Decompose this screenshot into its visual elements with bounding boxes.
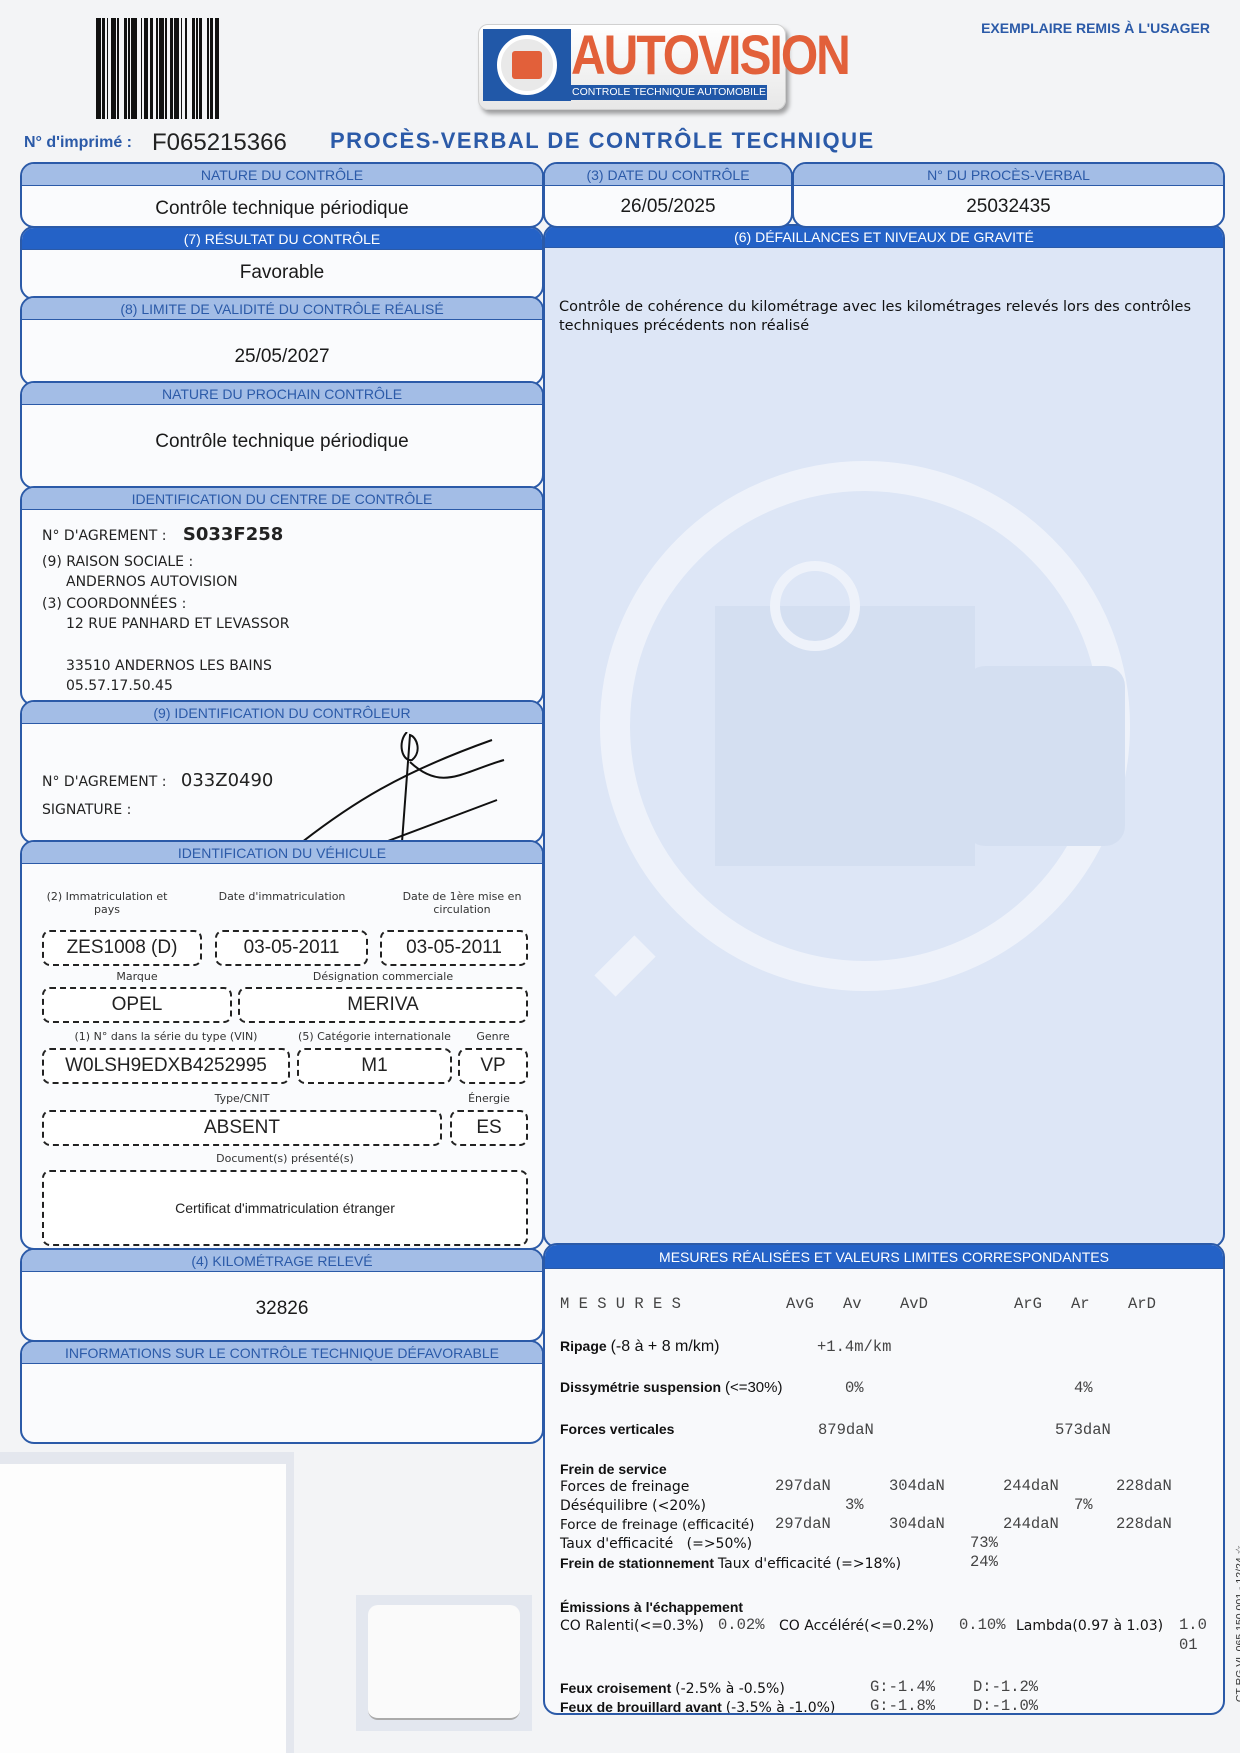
magnifier-car-icon bbox=[483, 29, 571, 101]
col-av: Av bbox=[843, 1295, 862, 1313]
controleur-label: (9) IDENTIFICATION DU CONTRÔLEUR bbox=[22, 702, 542, 724]
copy-label: EXEMPLAIRE REMIS À L'USAGER bbox=[981, 20, 1210, 36]
taux-efficacite-label: Taux d'efficacité (=>50%) bbox=[560, 1536, 752, 1552]
force-freinage-avd: 304daN bbox=[889, 1477, 945, 1495]
signature-label: SIGNATURE : bbox=[42, 802, 131, 818]
ville: 33510 ANDERNOS LES BAINS bbox=[66, 658, 272, 674]
co-ralenti-value: 0.02% bbox=[718, 1616, 765, 1634]
forces-verticales-ar: 573daN bbox=[1055, 1421, 1111, 1439]
limite-validite-label: (8) LIMITE DE VALIDITÉ DU CONTRÔLE RÉALI… bbox=[22, 298, 542, 320]
defects-header: (6) DÉFAILLANCES ET NIVEAUX DE GRAVITÉ bbox=[545, 226, 1223, 248]
pv-number-value: 25032435 bbox=[794, 196, 1223, 218]
resultat-panel: (7) RÉSULTAT DU CONTRÔLE Favorable bbox=[20, 226, 544, 300]
mesures-panel: MESURES RÉALISÉES ET VALEURS LIMITES COR… bbox=[543, 1243, 1225, 1715]
desequilibre-ar: 7% bbox=[1074, 1496, 1093, 1514]
centre-panel: IDENTIFICATION DU CENTRE DE CONTRÔLE N° … bbox=[20, 486, 544, 706]
raison-sociale: ANDERNOS AUTOVISION bbox=[66, 574, 238, 590]
marque-label: Marque bbox=[42, 970, 232, 983]
vehicule-label: IDENTIFICATION DU VÉHICULE bbox=[22, 842, 542, 864]
efficacite-force-ard: 228daN bbox=[1116, 1515, 1172, 1533]
resultat-label: (7) RÉSULTAT DU CONTRÔLE bbox=[22, 228, 542, 250]
type-field: ABSENT bbox=[42, 1110, 442, 1146]
pv-number-label: N° DU PROCÈS-VERBAL bbox=[794, 164, 1223, 186]
prochain-controle-panel: NATURE DU PROCHAIN CONTRÔLE Contrôle tec… bbox=[20, 381, 544, 489]
force-freinage-arg: 244daN bbox=[1003, 1477, 1059, 1495]
forces-freinage-label: Forces de freinage bbox=[560, 1479, 689, 1495]
col-avd: AvD bbox=[900, 1295, 928, 1313]
limite-validite-value: 25/05/2027 bbox=[22, 346, 542, 368]
col-arg: ArG bbox=[1014, 1295, 1042, 1313]
forces-verticales-av: 879daN bbox=[818, 1421, 874, 1439]
raison-sociale-label: (9) RAISON SOCIALE : bbox=[42, 554, 193, 570]
date-immat-label: Date d'immatriculation bbox=[202, 890, 362, 903]
designation-label: Désignation commerciale bbox=[238, 970, 528, 983]
feux-brouillard-g: G:-1.8% bbox=[870, 1697, 935, 1715]
dissymetrie-av: 0% bbox=[845, 1379, 864, 1397]
efficacite-force-arg: 244daN bbox=[1003, 1515, 1059, 1533]
taux-efficacite-value: 73% bbox=[970, 1534, 998, 1552]
frein-stationnement-label: Frein de stationnement bbox=[560, 1555, 714, 1571]
efficacite-force-label: Force de freinage (efficacité) bbox=[560, 1517, 754, 1533]
genre-field: VP bbox=[458, 1048, 528, 1084]
mesures-label: MESURES RÉALISÉES ET VALEURS LIMITES COR… bbox=[545, 1245, 1223, 1269]
immatriculation-label: (2) Immatriculation et pays bbox=[32, 890, 182, 916]
telephone: 05.57.17.50.45 bbox=[66, 678, 173, 694]
energie-field: ES bbox=[450, 1110, 528, 1146]
centre-agrement: S033F258 bbox=[183, 524, 283, 545]
nature-controle-label: NATURE DU CONTRÔLE bbox=[22, 164, 542, 186]
lambda-label: Lambda(0.97 à 1.03) bbox=[1016, 1618, 1163, 1634]
vignette-sticker bbox=[368, 1605, 520, 1720]
frein-stationnement-taux-label: Taux d'efficacité (=>18%) bbox=[718, 1556, 901, 1572]
print-number: F065215366 bbox=[152, 129, 287, 157]
designation-field: MERIVA bbox=[238, 987, 528, 1023]
co-ralenti-label: CO Ralenti(<=0.3%) bbox=[560, 1618, 704, 1634]
brand-subtitle: CONTROLE TECHNIQUE AUTOMOBILE bbox=[571, 85, 767, 100]
emissions-label: Émissions à l'échappement bbox=[560, 1599, 743, 1615]
coordonnees-label: (3) COORDONNÉES : bbox=[42, 596, 186, 612]
ripage-value: +1.4m/km bbox=[817, 1338, 891, 1356]
feux-brouillard-limit: (-3.5% à -1.0%) bbox=[726, 1700, 836, 1715]
dissymetrie-ar: 4% bbox=[1074, 1379, 1093, 1397]
marque-field: OPEL bbox=[42, 987, 232, 1023]
brand-name: AUTOVISION bbox=[571, 27, 781, 87]
desequilibre-av: 3% bbox=[845, 1496, 864, 1514]
documents-field: Certificat d'immatriculation étranger bbox=[42, 1170, 528, 1246]
frein-service-label: Frein de service bbox=[560, 1461, 667, 1477]
col-ard: ArD bbox=[1128, 1295, 1156, 1313]
date-mec-field: 03-05-2011 bbox=[380, 930, 528, 966]
desequilibre-label: Déséquilibre (<20%) bbox=[560, 1498, 706, 1514]
defects-panel: (6) DÉFAILLANCES ET NIVEAUX DE GRAVITÉ C… bbox=[543, 224, 1225, 1248]
genre-label: Genre bbox=[458, 1030, 528, 1043]
form-code: CT RG VL 065 150 001 - 12/24 ☆ bbox=[1234, 1545, 1240, 1702]
mesures-title: M E S U R E S bbox=[560, 1295, 681, 1313]
defavorable-panel: INFORMATIONS SUR LE CONTRÔLE TECHNIQUE D… bbox=[20, 1340, 544, 1444]
limite-validite-panel: (8) LIMITE DE VALIDITÉ DU CONTRÔLE RÉALI… bbox=[20, 296, 544, 386]
col-ar: Ar bbox=[1071, 1295, 1090, 1313]
kilometrage-label: (4) KILOMÉTRAGE RELEVÉ bbox=[22, 1250, 542, 1272]
efficacite-force-avd: 304daN bbox=[889, 1515, 945, 1533]
feux-brouillard-d: D:-1.0% bbox=[973, 1697, 1038, 1715]
lambda-value-part2: 01 bbox=[1179, 1636, 1198, 1654]
autovision-logo: AUTOVISION CONTROLE TECHNIQUE AUTOMOBILE bbox=[478, 24, 786, 110]
dissymetrie-label: Dissymétrie suspension bbox=[560, 1379, 721, 1395]
kilometrage-value: 32826 bbox=[22, 1298, 542, 1320]
feux-croisement-label: Feux croisement bbox=[560, 1680, 671, 1696]
type-label: Type/CNIT bbox=[42, 1092, 442, 1105]
prochain-controle-label: NATURE DU PROCHAIN CONTRÔLE bbox=[22, 383, 542, 405]
vin-field: W0LSH9EDXB4252995 bbox=[42, 1048, 290, 1084]
dissymetrie-limit: (<=30%) bbox=[725, 1379, 783, 1396]
force-freinage-avg: 297daN bbox=[775, 1477, 831, 1495]
feux-brouillard-label: Feux de brouillard avant bbox=[560, 1699, 722, 1715]
pv-number-panel: N° DU PROCÈS-VERBAL 25032435 bbox=[792, 162, 1225, 228]
kilometrage-panel: (4) KILOMÉTRAGE RELEVÉ 32826 bbox=[20, 1248, 544, 1342]
categorie-label: (5) Catégorie internationale bbox=[297, 1030, 452, 1043]
lambda-value-part1: 1.0 bbox=[1179, 1616, 1207, 1634]
signature-icon bbox=[272, 732, 532, 844]
centre-label: IDENTIFICATION DU CENTRE DE CONTRÔLE bbox=[22, 488, 542, 510]
date-controle-panel: (3) DATE DU CONTRÔLE 26/05/2025 bbox=[543, 162, 793, 228]
feux-croisement-d: D:-1.2% bbox=[973, 1678, 1038, 1696]
resultat-value: Favorable bbox=[22, 262, 542, 284]
controleur-agrement: 033Z0490 bbox=[181, 770, 274, 791]
col-avg: AvG bbox=[786, 1295, 814, 1313]
vin-label: (1) N° dans la série du type (VIN) bbox=[42, 1030, 290, 1043]
co-accelere-label: CO Accéléré(<=0.2%) bbox=[779, 1618, 934, 1634]
date-immat-field: 03-05-2011 bbox=[215, 930, 368, 966]
document-title: PROCÈS-VERBAL DE CONTRÔLE TECHNIQUE bbox=[330, 128, 875, 154]
barcode bbox=[96, 18, 296, 119]
adresse: 12 RUE PANHARD ET LEVASSOR bbox=[66, 616, 289, 632]
documents-label: Document(s) présenté(s) bbox=[42, 1152, 528, 1165]
date-controle-label: (3) DATE DU CONTRÔLE bbox=[545, 164, 791, 186]
energie-label: Énergie bbox=[450, 1092, 528, 1105]
controleur-panel: (9) IDENTIFICATION DU CONTRÔLEUR N° D'AG… bbox=[20, 700, 544, 844]
frein-stationnement-taux: 24% bbox=[970, 1553, 998, 1571]
nature-controle-panel: NATURE DU CONTRÔLE Contrôle technique pé… bbox=[20, 162, 544, 228]
immatriculation-field: ZES1008 (D) bbox=[42, 930, 202, 966]
print-number-label: N° d'imprimé : bbox=[24, 134, 132, 152]
centre-agrement-label: N° D'AGREMENT : bbox=[42, 528, 166, 544]
watermark-logo-icon bbox=[585, 446, 1145, 1006]
categorie-field: M1 bbox=[297, 1048, 452, 1084]
controleur-agrement-label: N° D'AGREMENT : bbox=[42, 774, 166, 790]
force-freinage-ard: 228daN bbox=[1116, 1477, 1172, 1495]
defavorable-label: INFORMATIONS SUR LE CONTRÔLE TECHNIQUE D… bbox=[22, 1342, 542, 1364]
efficacite-force-avg: 297daN bbox=[775, 1515, 831, 1533]
feux-croisement-limit: (-2.5% à -0.5%) bbox=[675, 1681, 785, 1697]
date-controle-value: 26/05/2025 bbox=[545, 196, 791, 218]
ripage-label: Ripage bbox=[560, 1338, 607, 1354]
forces-verticales-label: Forces verticales bbox=[560, 1421, 674, 1437]
nature-controle-value: Contrôle technique périodique bbox=[22, 198, 542, 220]
prochain-controle-value: Contrôle technique périodique bbox=[22, 431, 542, 453]
defect-item: Contrôle de cohérence du kilométrage ave… bbox=[559, 298, 1209, 336]
vehicule-panel: IDENTIFICATION DU VÉHICULE (2) Immatricu… bbox=[20, 840, 544, 1250]
date-mec-label: Date de 1ère mise en circulation bbox=[392, 890, 532, 916]
feux-croisement-g: G:-1.4% bbox=[870, 1678, 935, 1696]
ripage-limit: (-8 à + 8 m/km) bbox=[611, 1338, 720, 1355]
detachable-stub bbox=[0, 1452, 294, 1753]
co-accelere-value: 0.10% bbox=[959, 1616, 1006, 1634]
